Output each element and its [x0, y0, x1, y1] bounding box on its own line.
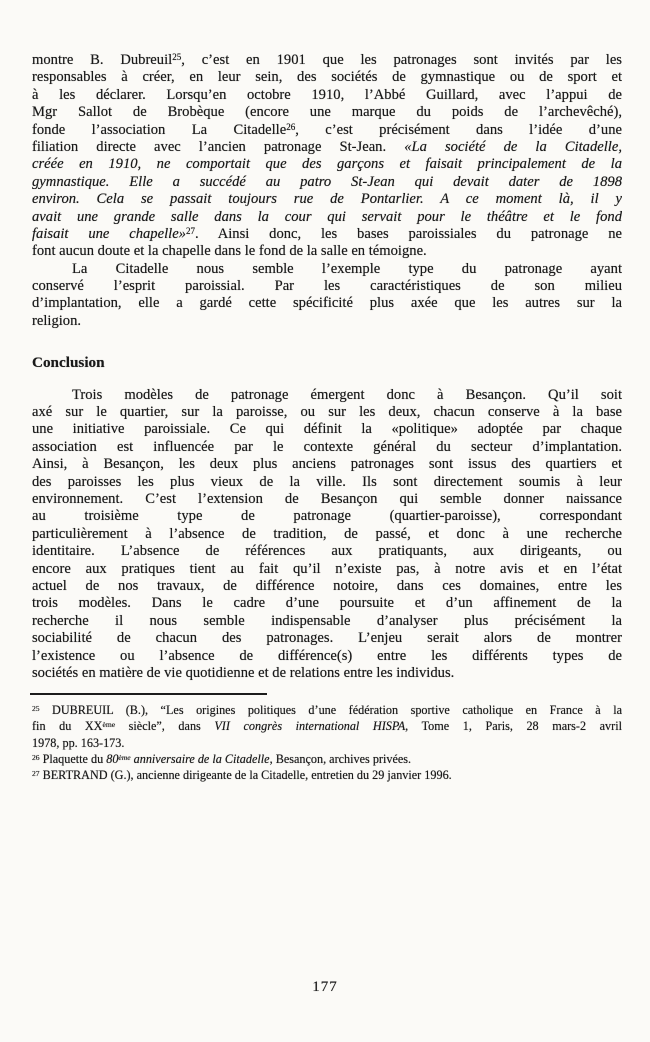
page-number: 177 [0, 979, 650, 996]
text-segment: filiation directe avec l’ancien patronag… [32, 139, 404, 155]
work-title-italic: VII congrès international HISPA [214, 719, 405, 733]
paragraph-line: filiation directe avec l’ancien patronag… [32, 139, 622, 156]
paragraph-line: conservé l’esprit paroissial. Par les ca… [32, 278, 622, 295]
footnote-marker-26: 26 [32, 753, 40, 762]
paragraph-line: recherche il nous semble indispensable d… [32, 613, 622, 630]
footnote-25-line: 1978, pp. 163-173. [32, 735, 622, 751]
paragraph-line: responsables à créer, en leur sein, des … [32, 69, 622, 86]
paragraph-line: axé sur le quartier, sur la paroisse, ou… [32, 404, 622, 421]
quotation-line: environ. Cela se passait toujours rue de… [32, 191, 622, 208]
paragraph-citadelle-summary: La Citadelle nous semble l’exemple type … [32, 261, 622, 331]
scanned-document-page: montre B. Dubreuil25, c’est en 1901 que … [0, 0, 650, 1042]
paragraph-line: religion. [32, 313, 622, 330]
footnote-27-line: 27 BERTRAND (G.), ancienne dirigeante de… [32, 767, 622, 783]
paragraph-line: l’existence ou l’absence de différence(s… [32, 648, 622, 665]
paragraph-line: à les déclarer. Lorsqu’en octobre 1910, … [32, 87, 622, 104]
paragraph-line: sociétés en matière de vie quotidienne e… [32, 665, 622, 682]
footnote-marker-27: 27 [32, 769, 40, 778]
paragraph-line: association est influencée par le contex… [32, 439, 622, 456]
text-segment: , Tome 1, Paris, 28 mars-2 avril [405, 719, 622, 733]
paragraph-line: trois modèles. Dans le cadre d’une pours… [32, 595, 622, 612]
paragraph-line: La Citadelle nous semble l’exemple type … [32, 261, 622, 278]
footnote-25-line: fin du XXème siècle”, dans VII congrès i… [32, 718, 622, 734]
footnote-ref-26: 26 [286, 122, 295, 132]
paragraph-line: montre B. Dubreuil25, c’est en 1901 que … [32, 52, 622, 69]
paragraph-line: d’implantation, elle a gardé cette spéci… [32, 295, 622, 312]
text-segment: , c’est en 1901 que les patronages sont … [181, 52, 622, 68]
paragraph-line: encore aux pratiques tient au fait qu’il… [32, 561, 622, 578]
quotation-italic: faisait une chapelle» [32, 226, 186, 242]
text-segment: fin du XX [32, 719, 103, 733]
paragraph-line: Trois modèles de patronage émergent donc… [32, 387, 622, 404]
paragraph-line: Ainsi, à Besançon, les deux plus anciens… [32, 456, 622, 473]
text-segment: , Besançon, archives privées. [270, 752, 411, 766]
footnote-26-line: 26 Plaquette du 80ème anniversaire de la… [32, 751, 622, 767]
text-segment: siècle”, dans [115, 719, 214, 733]
paragraph-line: particulièrement à l’absence de traditio… [32, 526, 622, 543]
text-segment: Plaquette du [40, 752, 107, 766]
paragraph-line: environnement. C’est l’extension de Besa… [32, 491, 622, 508]
text-segment: fonde l’association La Citadelle [32, 122, 286, 138]
paragraph-line: au troisième type de patronage (quartier… [32, 508, 622, 525]
text-segment: . Ainsi donc, les bases paroissiales du … [195, 226, 622, 242]
paragraph-line: actuel de nos travaux, de différence not… [32, 578, 622, 595]
footnotes-section: 25 DUBREUIL (B.), “Les origines politiqu… [32, 702, 622, 783]
text-segment: DUBREUIL (B.), “Les origines politiques … [40, 703, 622, 717]
quotation-line: avait une grande salle dans la cour qui … [32, 209, 622, 226]
quotation-italic: «La société de la Citadelle, [404, 139, 622, 155]
text-segment: , c’est précisément dans l’idée d’une [295, 122, 622, 138]
quotation-line: créée en 1910, ne comportait que des gar… [32, 156, 622, 173]
paragraph-line: une initiative paroissiale. Ce qui défin… [32, 421, 622, 438]
quotation-line: gymnastique. Elle a succédé au patro St-… [32, 174, 622, 191]
paragraph-conclusion: Trois modèles de patronage émergent donc… [32, 387, 622, 683]
paragraph-line: identitaire. L’absence de références aux… [32, 543, 622, 560]
work-title-italic: 80 [106, 752, 118, 766]
paragraph-line: Mgr Sallot de Brobèque (encore une marqu… [32, 104, 622, 121]
ordinal-superscript: ème [118, 753, 130, 762]
footnote-25-line: 25 DUBREUIL (B.), “Les origines politiqu… [32, 702, 622, 718]
paragraph-line: faisait une chapelle»27. Ainsi donc, les… [32, 226, 622, 243]
paragraph-line: fonde l’association La Citadelle26, c’es… [32, 122, 622, 139]
text-segment: montre B. Dubreuil [32, 52, 172, 68]
footnote-separator-rule [30, 693, 267, 695]
paragraph-citadelle-history: montre B. Dubreuil25, c’est en 1901 que … [32, 52, 622, 261]
work-title-italic: anniversaire de la Citadelle [131, 752, 270, 766]
paragraph-line: des paroisses les plus vieux de la ville… [32, 474, 622, 491]
footnote-ref-27: 27 [186, 226, 195, 236]
paragraph-line: sociabilité de chacun des patronages. L’… [32, 630, 622, 647]
paragraph-line: font aucun doute et la chapelle dans le … [32, 243, 622, 260]
footnote-ref-25: 25 [172, 52, 181, 62]
section-heading-conclusion: Conclusion [32, 354, 622, 371]
text-segment: BERTRAND (G.), ancienne dirigeante de la… [40, 768, 452, 782]
ordinal-superscript: ème [103, 720, 116, 729]
footnote-marker-25: 25 [32, 704, 40, 713]
text-block: montre B. Dubreuil25, c’est en 1901 que … [32, 52, 622, 783]
